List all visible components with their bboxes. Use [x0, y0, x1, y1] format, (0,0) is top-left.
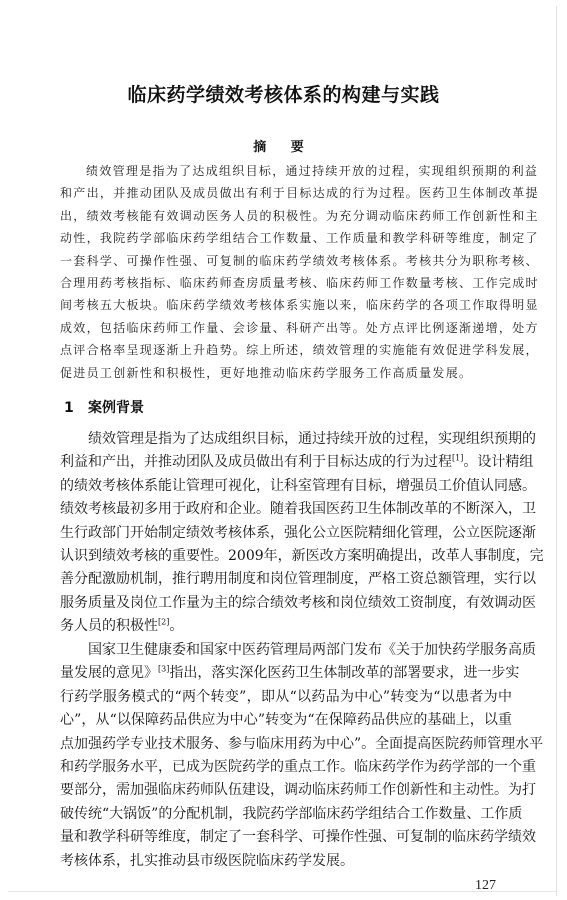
- body-paragraph-2: 国家卫生健康委和国家中医药管理局两部门发布《关于加快药学服务高质 量发展的意见》…: [60, 639, 512, 873]
- paragraph-line: 绩效管理是指为了达成组织目标，通过持续开放的过程，实现组织预期的: [60, 428, 512, 451]
- abstract-line: 成效，包括临床药师工作量、会诊量、科研产出等。处方点评比例逐渐递增，处方: [60, 317, 512, 339]
- abstract-line: 动性，我院药学部临床药学组结合工作数量、工作质量和教学科研等维度，制定了: [60, 227, 512, 249]
- page-number: 127: [475, 878, 496, 894]
- abstract-body: 绩效管理是指为了达成组织目标，通过持续开放的过程，实现组织预期的利益 和产出，并…: [60, 160, 512, 384]
- citation-ref: [1]: [452, 454, 463, 463]
- abstract-line: 一套科学、可操作性强、可复制的临床药学绩效考核体系。考核共分为职称考核、: [60, 250, 512, 272]
- paragraph-line: 量发展的意见》[3]指出，落实深化医药卫生体制改革的部署要求，进一步实: [60, 662, 512, 685]
- abstract-line: 促进员工创新性和积极性，更好地推动临床药学服务工作高质量发展。: [60, 362, 512, 384]
- paragraph-line: 的绩效考核体系能让管理可视化，让科室管理有目标，增强员工价值认同感。: [60, 475, 512, 498]
- abstract-line: 间考核五大板块。临床药学绩效考核体系实施以来，临床药学的各项工作取得明显: [60, 294, 512, 316]
- paragraph-line: 务人员的积极性[2]。: [60, 615, 512, 638]
- section-number: 1: [64, 400, 88, 416]
- paragraph-line: 国家卫生健康委和国家中医药管理局两部门发布《关于加快药学服务高质: [60, 639, 512, 662]
- paragraph-line: 绩效考核最初多用于政府和企业。随着我国医药卫生体制改革的不断深入，卫: [60, 498, 512, 521]
- abstract-line: 出，绩效考核能有效调动医务人员的积极性。为充分调动临床药师工作创新性和主: [60, 205, 512, 227]
- paragraph-line: 点加强药学专业技术服务、参与临床用药为中心”。全面提高医院药师管理水平: [60, 733, 512, 756]
- paragraph-line: 破传统“大锅饭”的分配机制，我院药学部临床药学组结合工作数量、工作质: [60, 803, 512, 826]
- paragraph-line: 要部分，需加强临床药师队伍建设，调动临床药师工作创新性和主动性。为打: [60, 779, 512, 802]
- abstract-line: 点评合格率呈现逐渐上升趋势。综上所述，绩效管理的实施能有效促进学科发展，: [60, 339, 512, 361]
- paragraph-line: 考核体系，扎实推动县市级医院临床药学发展。: [60, 850, 512, 873]
- paragraph-line: 行药学服务模式的“两个转变”，即从“以药品为中心”转变为“以患者为中: [60, 686, 512, 709]
- abstract-line: 和产出，并推动团队及成员做出有利于目标达成的行为过程。医药卫生体制改革提: [60, 182, 512, 204]
- citation-ref: [2]: [158, 618, 169, 627]
- citation-ref: [3]: [158, 665, 169, 674]
- section-heading: 1案例背景: [64, 397, 144, 417]
- paragraph-line: 服务质量及岗位工作量为主的综合绩效考核和岗位绩效工资制度，有效调动医: [60, 592, 512, 615]
- section-title: 案例背景: [88, 400, 144, 416]
- abstract-line: 合理用药考核指标、临床药师查房质量考核、临床药师工作数量考核、工作完成时: [60, 272, 512, 294]
- document-page: 临床药学绩效考核体系的构建与实践 摘 要 绩效管理是指为了达成组织目标，通过持续…: [0, 0, 567, 900]
- paragraph-line: 和药学服务水平，已成为医院药学的重点工作。临床药学作为药学部的一个重: [60, 756, 512, 779]
- paragraph-line: 利益和产出，并推动团队及成员做出有利于目标达成的行为过程[1]。设计精组: [60, 451, 512, 474]
- abstract-heading: 摘 要: [0, 136, 567, 155]
- paragraph-line: 心”，从“以保障药品供应为中心”转变为“在保障药品供应的基础上，以重: [60, 709, 512, 732]
- paragraph-line: 认识到绩效考核的重要性。2009年，新医改方案明确提出，改革人事制度，完: [60, 545, 512, 568]
- article-title: 临床药学绩效考核体系的构建与实践: [0, 80, 567, 107]
- paragraph-line: 量和教学科研等维度，制定了一套科学、可操作性强、可复制的临床药学绩效: [60, 826, 512, 849]
- page-bottom-rule: [8, 891, 556, 892]
- body-paragraph-1: 绩效管理是指为了达成组织目标，通过持续开放的过程，实现组织预期的 利益和产出，并…: [60, 428, 512, 639]
- abstract-line: 绩效管理是指为了达成组织目标，通过持续开放的过程，实现组织预期的利益: [60, 160, 512, 182]
- paragraph-line: 善分配激励机制，推行聘用制度和岗位管理制度，严格工资总额管理，实行以: [60, 568, 512, 591]
- paragraph-line: 生行政部门开始制定绩效考核体系，强化公立医院精细化管理，公立医院逐渐: [60, 522, 512, 545]
